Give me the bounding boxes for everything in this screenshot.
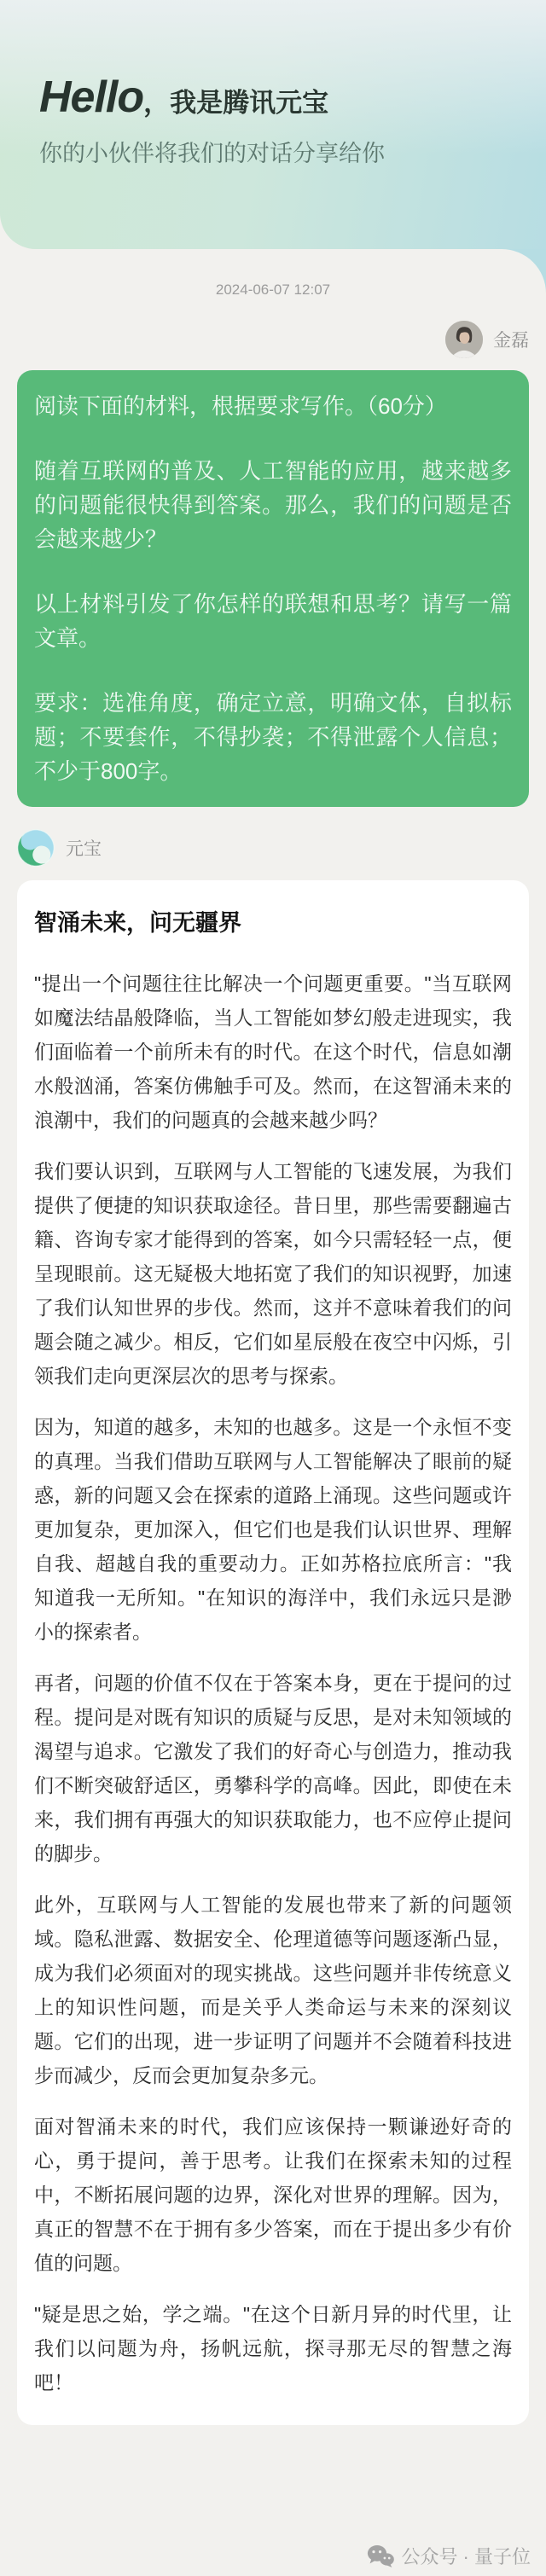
assistant-message-card: 智涌未来，问无疆界 "提出一个问题往往比解决一个问题更重要。"当互联网如魔法结晶… [17,880,529,2425]
message-timestamp: 2024-06-07 12:07 [0,281,546,299]
essay-paragraph: 此外，互联网与人工智能的发展也带来了新的问题领域。隐私泄露、数据安全、伦理道德等… [34,1888,512,2092]
share-page: Hello，我是腾讯元宝 你的小伙伴将我们的对话分享给你 2024-06-07 … [0,0,546,2576]
yuanbao-logo-icon [17,829,55,867]
hero-greeting-en: Hello [39,73,143,122]
assistant-avatar [17,829,55,867]
user-message-paragraph: 以上材料引发了你怎样的联想和思考？请写一篇文章。 [34,587,512,655]
essay-paragraph: 再者，问题的价值不仅在于答案本身，更在于提问的过程。提问是对既有知识的质疑与反思… [34,1666,512,1871]
hero-subtitle: 你的小伙伴将我们的对话分享给你 [39,135,546,168]
essay-paragraph: 我们要认识到，互联网与人工智能的飞速发展，为我们提供了便捷的知识获取途径。昔日里… [34,1154,512,1393]
wechat-icon [367,2544,394,2567]
essay-paragraph: "疑是思之始，学之端。"在这个日新月异的时代里，让我们以问题为舟，扬帆远航，探寻… [34,2297,512,2399]
assistant-name: 元宝 [66,835,102,861]
essay-paragraph: 因为，知道的越多，未知的也越多。这是一个永恒不变的真理。当我们借助互联网与人工智… [34,1410,512,1649]
assistant-message-header: 元宝 [0,829,546,867]
user-photo-avatar [445,321,483,358]
user-message-bubble: 阅读下面的材料，根据要求写作。（60分） 随着互联网的普及、人工智能的应用，越来… [17,370,529,807]
watermark: 公众号 · 量子位 [367,2543,531,2569]
user-name: 金磊 [493,327,529,352]
user-message-paragraph: 阅读下面的材料，根据要求写作。（60分） [34,389,512,423]
hero-title: Hello，我是腾讯元宝 [39,75,546,119]
hero-header: Hello，我是腾讯元宝 你的小伙伴将我们的对话分享给你 [0,0,546,249]
essay-title: 智涌未来，问无疆界 [34,904,512,937]
essay-paragraph: "提出一个问题往往比解决一个问题更重要。"当互联网如魔法结晶般降临，当人工智能如… [34,966,512,1137]
chat-content-panel: 2024-06-07 12:07 金磊 阅读下面的材料，根据要求写作。（60分）… [0,249,546,2459]
user-message-paragraph: 随着互联网的普及、人工智能的应用，越来越多的问题能很快得到答案。那么，我们的问题… [34,454,512,556]
user-avatar [445,321,483,358]
hero-greeting-cn: ，我是腾讯元宝 [143,88,328,118]
watermark-text: 公众号 · 量子位 [401,2543,531,2569]
essay-paragraph: 面对智涌未来的时代，我们应该保持一颗谦逊好奇的心，勇于提问，善于思考。让我们在探… [34,2109,512,2280]
user-message-header: 金磊 [0,321,546,358]
user-message-paragraph: 要求：选准角度，确定立意，明确文体，自拟标题；不要套作，不得抄袭；不得泄露个人信… [34,686,512,788]
